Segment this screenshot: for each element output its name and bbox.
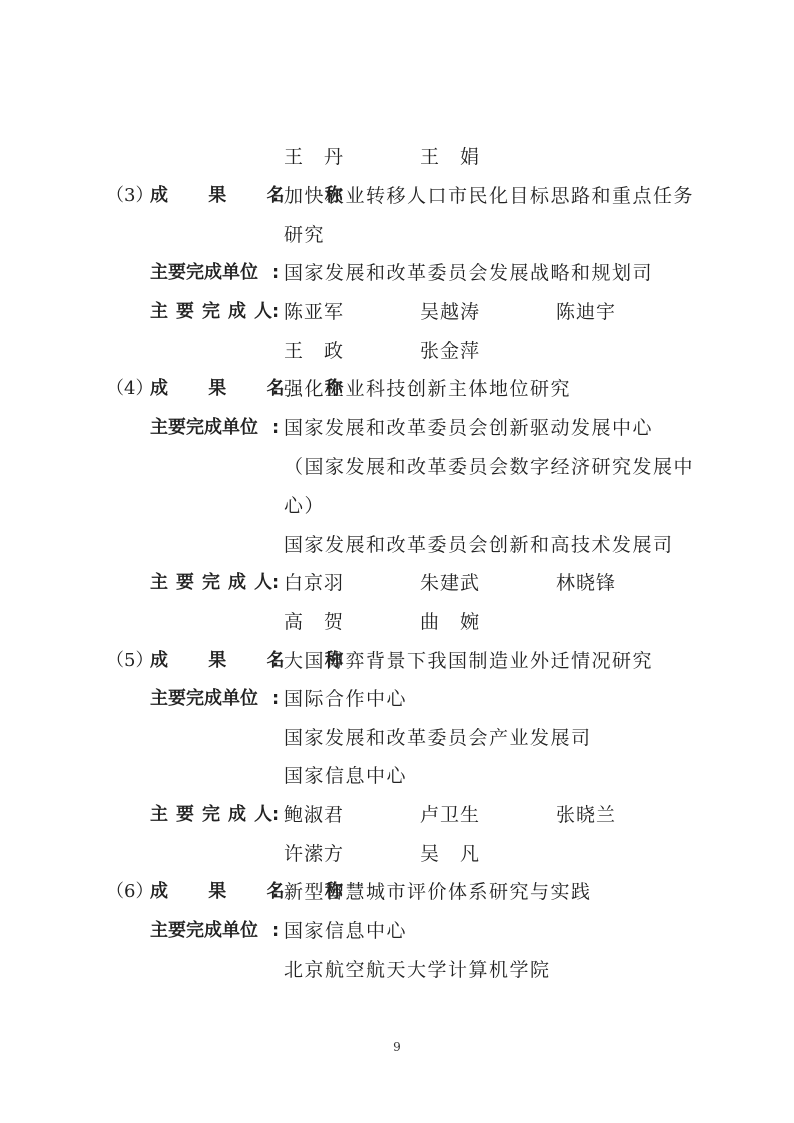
label-colon: : xyxy=(272,181,279,211)
continuation-text: 心） xyxy=(284,491,325,521)
achievement-name: 加快农业转移人口市民化目标思路和重点任务 xyxy=(284,181,694,211)
line-cont: 国家发展和改革委员会创新和高技术发展司 xyxy=(0,530,794,560)
person-name: 吴越涛 xyxy=(420,297,480,327)
line-units: 主要完成单位:国家信息中心 xyxy=(0,916,794,946)
label-units: 主要完成单位 xyxy=(150,258,258,288)
continuation-text: （国家发展和改革委员会数字经济研究发展中 xyxy=(284,452,694,482)
label-colon: : xyxy=(272,258,279,288)
person-name: 王 政 xyxy=(284,336,344,366)
line-people-cont: 王 丹王 娟 xyxy=(0,142,794,172)
label-colon: : xyxy=(272,646,279,676)
person-name: 陈亚军 xyxy=(284,297,344,327)
line-name: （5）成 果 名 称:大国博弈背景下我国制造业外迁情况研究 xyxy=(0,646,794,676)
person-name: 林晓锋 xyxy=(556,568,616,598)
person-name: 张金萍 xyxy=(420,336,480,366)
person-name: 王 娟 xyxy=(420,142,480,172)
person-name: 白京羽 xyxy=(284,568,344,598)
line-people: 主要完成人:陈亚军吴越涛陈迪宇 xyxy=(0,297,794,327)
page-number: 9 xyxy=(0,1040,794,1054)
achievement-name: 大国博弈背景下我国制造业外迁情况研究 xyxy=(284,646,653,676)
line-cont: （国家发展和改革委员会数字经济研究发展中 xyxy=(0,452,794,482)
label-colon: : xyxy=(272,374,279,404)
line-people-cont: 王 政张金萍 xyxy=(0,336,794,366)
label-colon: : xyxy=(272,413,279,443)
line-people-cont: 许潆方吴 凡 xyxy=(0,839,794,869)
continuation-text: 国家信息中心 xyxy=(284,761,407,791)
line-name: （4）成 果 名 称:强化企业科技创新主体地位研究 xyxy=(0,374,794,404)
item-number: （3） xyxy=(106,181,153,211)
person-name: 吴 凡 xyxy=(420,839,480,869)
person-name: 高 贺 xyxy=(284,607,344,637)
label-people: 主要完成人 xyxy=(150,297,280,327)
person-name: 曲 婉 xyxy=(420,607,480,637)
line-cont: 心） xyxy=(0,491,794,521)
label-colon: : xyxy=(272,800,279,830)
unit-name: 国家信息中心 xyxy=(284,916,407,946)
person-name: 陈迪宇 xyxy=(556,297,616,327)
line-units: 主要完成单位:国家发展和改革委员会发展战略和规划司 xyxy=(0,258,794,288)
label-colon: : xyxy=(272,877,279,907)
label-units: 主要完成单位 xyxy=(150,413,258,443)
line-cont: 研究 xyxy=(0,220,794,250)
label-people: 主要完成人 xyxy=(150,800,280,830)
label-people: 主要完成人 xyxy=(150,568,280,598)
continuation-text: 北京航空航天大学计算机学院 xyxy=(284,955,551,985)
line-units: 主要完成单位:国家发展和改革委员会创新驱动发展中心 xyxy=(0,413,794,443)
person-name: 张晓兰 xyxy=(556,800,616,830)
label-colon: : xyxy=(272,916,279,946)
label-colon: : xyxy=(272,568,279,598)
line-cont: 国家信息中心 xyxy=(0,761,794,791)
unit-name: 国家发展和改革委员会创新驱动发展中心 xyxy=(284,413,653,443)
label-colon: : xyxy=(272,297,279,327)
person-name: 王 丹 xyxy=(284,142,344,172)
line-cont: 北京航空航天大学计算机学院 xyxy=(0,955,794,985)
achievement-name: 新型智慧城市评价体系研究与实践 xyxy=(284,877,592,907)
continuation-text: 国家发展和改革委员会产业发展司 xyxy=(284,723,592,753)
line-units: 主要完成单位:国际合作中心 xyxy=(0,684,794,714)
label-colon: : xyxy=(272,684,279,714)
item-number: （5） xyxy=(106,646,153,676)
line-name: （6）成 果 名 称:新型智慧城市评价体系研究与实践 xyxy=(0,877,794,907)
item-number: （6） xyxy=(106,877,153,907)
line-name: （3）成 果 名 称:加快农业转移人口市民化目标思路和重点任务 xyxy=(0,181,794,211)
unit-name: 国家发展和改革委员会发展战略和规划司 xyxy=(284,258,653,288)
line-people: 主要完成人:白京羽朱建武林晓锋 xyxy=(0,568,794,598)
label-units: 主要完成单位 xyxy=(150,684,258,714)
continuation-text: 国家发展和改革委员会创新和高技术发展司 xyxy=(284,530,674,560)
continuation-text: 研究 xyxy=(284,220,325,250)
unit-name: 国际合作中心 xyxy=(284,684,407,714)
item-number: （4） xyxy=(106,374,153,404)
person-name: 鲍淑君 xyxy=(284,800,344,830)
achievement-name: 强化企业科技创新主体地位研究 xyxy=(284,374,571,404)
label-units: 主要完成单位 xyxy=(150,916,258,946)
person-name: 朱建武 xyxy=(420,568,480,598)
line-people: 主要完成人:鲍淑君卢卫生张晓兰 xyxy=(0,800,794,830)
person-name: 许潆方 xyxy=(284,839,344,869)
line-people-cont: 高 贺曲 婉 xyxy=(0,607,794,637)
person-name: 卢卫生 xyxy=(420,800,480,830)
line-cont: 国家发展和改革委员会产业发展司 xyxy=(0,723,794,753)
